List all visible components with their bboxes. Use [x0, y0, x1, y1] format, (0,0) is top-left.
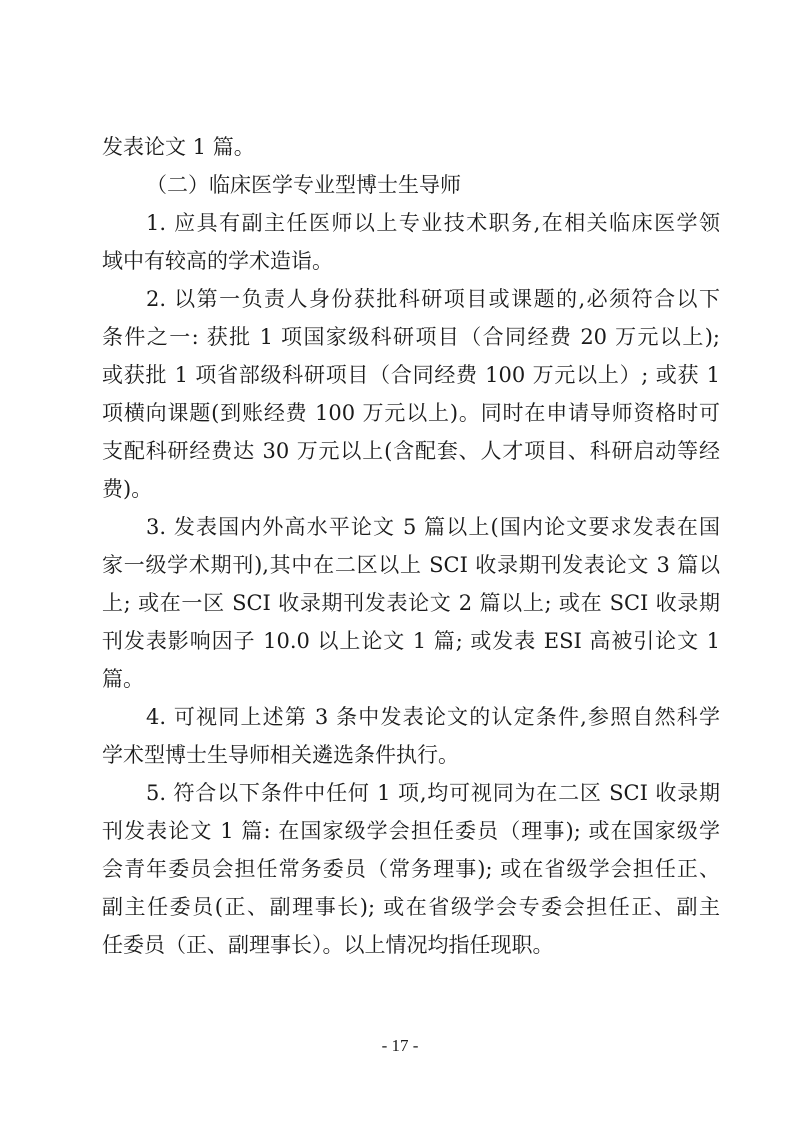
text-line: 或获批 1 项省部级科研项目（合同经费 100 万元以上）; 或获 1 — [102, 361, 720, 389]
text-line: 上; 或在一区 SCI 收录期刊发表论文 2 篇以上; 或在 SCI 收录期 — [102, 589, 720, 617]
text-line: 1. 应具有副主任医师以上专业技术职务,在相关临床医学领 — [146, 209, 720, 237]
text-line: 发表论文 1 篇。 — [102, 133, 720, 161]
text-line: 家一级学术期刊),其中在二区以上 SCI 收录期刊发表论文 3 篇以 — [102, 551, 720, 579]
text-line: 域中有较高的学术造诣。 — [102, 247, 720, 275]
text-line: 4. 可视同上述第 3 条中发表论文的认定条件,参照自然科学 — [146, 703, 720, 731]
text-line: 学术型博士生导师相关遴选条件执行。 — [102, 741, 720, 769]
text-line: 刊发表影响因子 10.0 以上论文 1 篇; 或发表 ESI 高被引论文 1 — [102, 627, 720, 655]
text-line: 2. 以第一负责人身份获批科研项目或课题的,必须符合以下 — [146, 285, 720, 313]
text-line: 会青年委员会担任常务委员（常务理事); 或在省级学会担任正、 — [102, 855, 720, 883]
text-line: 支配科研经费达 30 万元以上(含配套、人才项目、科研启动等经 — [102, 437, 720, 465]
document-page: 发表论文 1 篇。（二）临床医学专业型博士生导师1. 应具有副主任医师以上专业技… — [0, 0, 800, 1131]
text-line: 任委员（正、副理事长）。以上情况均指任现职。 — [102, 931, 720, 959]
page-number: - 17 - — [0, 1036, 800, 1056]
text-line: 费)。 — [102, 475, 720, 503]
text-line: 篇。 — [102, 665, 720, 693]
text-line: 副主任委员(正、副理事长); 或在省级学会专委会担任正、副主 — [102, 893, 720, 921]
text-line: 3. 发表国内外高水平论文 5 篇以上(国内论文要求发表在国 — [146, 513, 720, 541]
text-line: 5. 符合以下条件中任何 1 项,均可视同为在二区 SCI 收录期 — [146, 779, 720, 807]
text-line: （二）临床医学专业型博士生导师 — [146, 171, 720, 199]
text-line: 项横向课题(到账经费 100 万元以上)。同时在申请导师资格时可 — [102, 399, 720, 427]
text-line: 刊发表论文 1 篇: 在国家级学会担任委员（理事); 或在国家级学 — [102, 817, 720, 845]
text-line: 条件之一: 获批 1 项国家级科研项目（合同经费 20 万元以上); — [102, 323, 720, 351]
